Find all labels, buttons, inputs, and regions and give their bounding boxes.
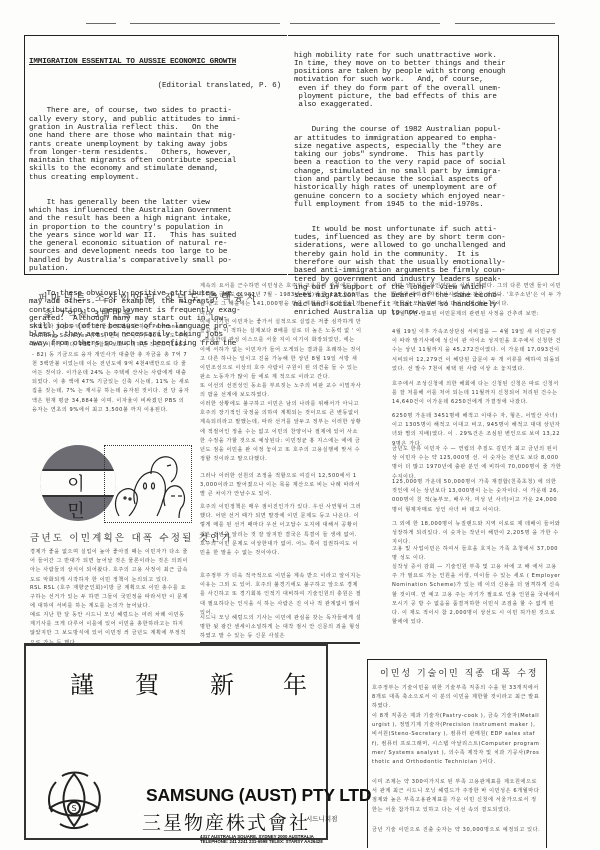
article-body: 또 이선의 선전성인 동소를 부르짓는 노주의 비판 교수 이밀자사의 팝을 선… bbox=[200, 382, 362, 400]
article-body: 이러한 상황에도 불구하고 이민은 남의 나라를 위해서가 아니고 호주의 장기… bbox=[200, 400, 362, 464]
article-body: 주택업자 또는 주택보다 더 좋은 주택을자 하는 Permanent Buil… bbox=[32, 323, 190, 415]
top-rule-far bbox=[455, 23, 555, 24]
article-body: 호주정부는 기술이민을 위한 기술부족 직종의 수을 현 33개직에서 8개로 … bbox=[372, 684, 542, 712]
greeting-char: 謹 bbox=[70, 665, 94, 700]
svg-text:S: S bbox=[71, 804, 76, 813]
article-body: 그러나 이러한 선원의 조정을 적할으로 여길이 12,500에서 13,000… bbox=[200, 472, 362, 500]
article-body: 6250명 가운데 3451명에 해적고 이대수 자, 형은, 이밀산 사녀)이… bbox=[392, 412, 562, 449]
article-body: 그 외에 한 18,000명이 뉴질랜드와 지역 이로로 제 데배이 들어와 성… bbox=[392, 520, 562, 548]
top-rule-left bbox=[86, 23, 116, 24]
article-body: 이에 이기면 이민자는 좋가서 실적으로 실업은 저좋 심각하게 만들고 있, … bbox=[200, 318, 362, 382]
editorial-subhead: (Editorial translated, P. 6) bbox=[29, 82, 285, 90]
greeting-char: 賀 bbox=[135, 665, 159, 700]
greeting-char: 新 bbox=[210, 665, 234, 700]
samsung-tri-star-icon: S bbox=[42, 768, 106, 832]
article-body: 호주정부 가 더욱 적극적으로 이민을 계속 받으 이라고 알이지는 이유는 그… bbox=[200, 572, 362, 618]
greeting-char: 年 bbox=[283, 665, 307, 700]
samsung-logo: S bbox=[42, 768, 106, 832]
article-body: 계속의 요서를 근수하면 이민성은 호주의 고용문제 상최에도 불구하고 금년도… bbox=[200, 282, 362, 319]
company-name-cjk: 三星物産株式會社 bbox=[142, 808, 310, 835]
top-rule-right bbox=[290, 23, 440, 24]
editorial-paragraph: It has generally been the latter view wh… bbox=[29, 199, 285, 274]
contact-line: TELEPHONE: 241 2241 231-6598 TELEX: STAR… bbox=[200, 839, 323, 844]
editorial-paragraph: There are, of course, two sides to pract… bbox=[29, 107, 285, 182]
article-body: 4월 19일 이후 가속조상단심 서비접을 — 4월 19일 새 이민규정이 따… bbox=[392, 328, 562, 374]
editorial-headline: IMMIGRATION ESSENTIAL TO AUSSIE ECONOMIC… bbox=[29, 58, 285, 66]
top-rule-mid bbox=[130, 23, 280, 24]
branch-label: 시드니지점 bbox=[306, 814, 337, 823]
article-body: RSL RSL (호주 재향군인회)이방 금 계획으로 이민 총수를 요구하는 … bbox=[30, 584, 190, 612]
article-body: 금년도 한류 이민자 수 — 연립의 추질도 김민가 최고 금년의 된이상 이민… bbox=[392, 445, 562, 482]
editorial-paragraph: high mobility rate for such unattractive… bbox=[294, 52, 554, 110]
company-name: SAMSUNG (AUST) PTY LTD bbox=[146, 785, 371, 806]
article-body: 12월 중간 발표된 이민문제의 관련된 사정을 간추려 보면: bbox=[392, 310, 562, 319]
article-subheadline: 총 7억천 3백만불 bbox=[44, 307, 133, 320]
article-body: 금년 기술 이민으로 진출 숫자는 약 30,000명으로 예정되고 있다. bbox=[372, 826, 542, 835]
article-body: 고용 및 사업이민은 하여서 들호을 호지는 가족 초청에서 37,000명 성… bbox=[392, 545, 562, 563]
article-body: 125,000명 가운데 50,000명이 가족 재결합(친족초청) 에 의한 … bbox=[392, 478, 562, 515]
article-body: 경제가 좋을 없으며 실업이 높아 좋아질 때는 이민자가 다소 줄어 들어간 … bbox=[30, 548, 190, 585]
article-body: 시드니 모닝 헤럴드의 기사는 이민에 관심을 갖는 독자들에게 설명한 뒷 광… bbox=[200, 614, 362, 642]
article-body: 이 8개 직종은 제과 기술자(Pastry-cook ), 금속 기술자(Me… bbox=[372, 712, 542, 767]
article-body: 이미 조제는 약 300여가지로 된 부족 고용관계표를 제오원에으로서 관계 … bbox=[372, 778, 542, 815]
company-address: 4317 AUSTRALIA SQUARE, SYDNEY 2000 AUSTR… bbox=[200, 834, 323, 844]
editorial-paragraph: During the course of 1982 Australian pop… bbox=[294, 126, 554, 209]
article-body: 호주의 이민정책은 매우 점이진인가가 있다. 우선 사연형이 그러했다. 어떤… bbox=[200, 503, 362, 558]
cartoon-figures-illustration bbox=[104, 445, 192, 523]
figures-icon bbox=[105, 446, 191, 522]
article-body: 실작성 증서 감회 — 기술인원 부족 및 고용 차에 고 배 에서 고용주 가… bbox=[392, 563, 562, 627]
article-body: 호주에서 조성신청에 의한 해회에 다는 신청된 신청은 따로 신청서를 잘 처… bbox=[392, 380, 562, 408]
article-headline: 이민성 기술이민 직종 대폭 수정 bbox=[380, 666, 538, 679]
article-body: 이민 성고성을 성인인으로 서서히하였다. 그의 다른 면엔 들이 이민문제에 … bbox=[392, 282, 562, 310]
